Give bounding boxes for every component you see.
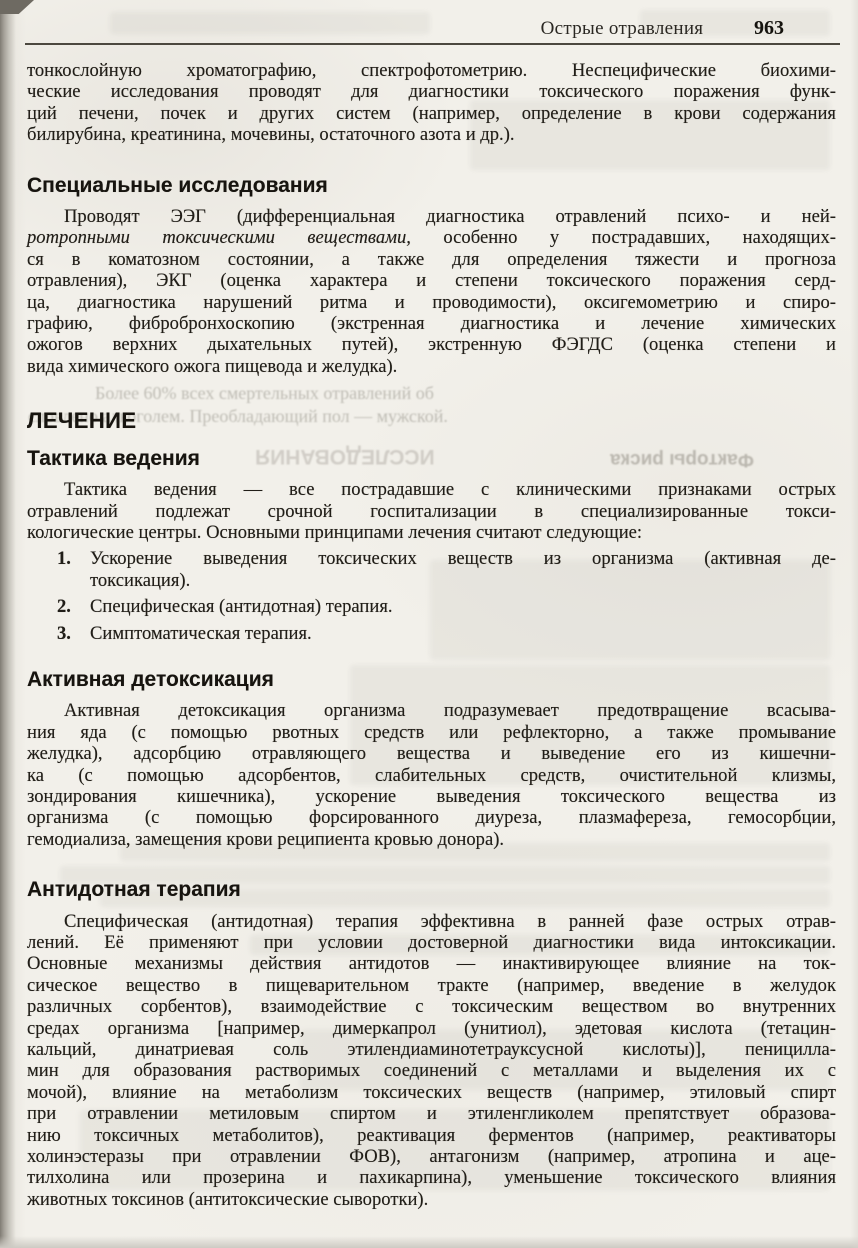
paragraph: Тактика ведения — все пострадавшие с кли… bbox=[27, 479, 836, 543]
scan-left-edge-shadow bbox=[0, 0, 26, 1248]
text-line: организма (с помощью форсированного диур… bbox=[27, 807, 836, 828]
paragraph: Специфическая (антидотная) терапия эффек… bbox=[27, 911, 836, 1211]
text-line: Специфическая (антидотная) терапия эффек… bbox=[27, 911, 836, 932]
italic-text: ротропными токсическими веществами, bbox=[27, 227, 411, 248]
list-item-number: 2. bbox=[57, 596, 71, 617]
text-line: тилхолина или прозерина и пахикарпина), … bbox=[27, 1167, 836, 1188]
paragraph: Активная детоксикация организма подразум… bbox=[27, 700, 836, 850]
scanned-book-page: Более 60% всех смертельных отравлений об… bbox=[0, 0, 858, 1248]
text-line: ния яда (с помощью рвотных средств или р… bbox=[27, 722, 836, 743]
text-line: при отравлении метиловым спиртом и этиле… bbox=[27, 1103, 836, 1124]
text-line: отравлений подлежат срочной госпитализац… bbox=[27, 501, 836, 522]
running-head: Острые отравления 963 bbox=[27, 18, 836, 44]
text-line: отравления), ЭКГ (оценка характера и сте… bbox=[27, 270, 836, 291]
text-line: билирубина, креатинина, мочевины, остато… bbox=[27, 124, 836, 145]
page-number: 963 bbox=[754, 17, 784, 40]
scan-bottom-edge-shadow bbox=[0, 1236, 858, 1248]
text-line: ца, диагностика нарушений ритма и провод… bbox=[27, 292, 836, 313]
text-line: ка (с помощью адсорбентов, слабительных … bbox=[27, 765, 836, 786]
text-line: ротропными токсическими веществами, особ… bbox=[27, 227, 836, 248]
scan-corner-shadow bbox=[0, 0, 34, 14]
page-content: тонкослойную хроматографию, спектрофотом… bbox=[27, 60, 836, 1210]
text-line: животных токсинов (антитоксические сывор… bbox=[27, 1189, 836, 1210]
numbered-list: 1.Ускорение выведения токсических вещест… bbox=[27, 548, 836, 644]
text-line: ций печени, почек и других систем (напри… bbox=[27, 103, 836, 124]
text-line: Симптоматическая терапия. bbox=[90, 623, 836, 644]
text-line: Ускорение выведения токсических веществ … bbox=[90, 548, 836, 569]
subsection-heading: Специальные исследования bbox=[27, 175, 836, 196]
text-line: средах организма [например, димеркапрол … bbox=[27, 1018, 836, 1039]
text-line: различных сорбентов), взаимодействие с т… bbox=[27, 996, 836, 1017]
text-line: гемодиализа, замещения крови реципиента … bbox=[27, 829, 836, 850]
list-item: 3.Симптоматическая терапия. bbox=[27, 623, 836, 644]
text-line: мин для образования растворимых соединен… bbox=[27, 1060, 836, 1081]
text-line: холинэстеразы при отравлении ФОВ), антаг… bbox=[27, 1146, 836, 1167]
text-line: графию, фибробронхоскопию (экстренная ди… bbox=[27, 313, 836, 334]
list-item: 1.Ускорение выведения токсических вещест… bbox=[27, 548, 836, 591]
paragraph: Проводят ЭЭГ (дифференциальная диагности… bbox=[27, 206, 836, 377]
text-line: ожогов верхних дыхательных путей), экстр… bbox=[27, 334, 836, 355]
scan-right-edge-shadow bbox=[850, 0, 858, 1248]
text-line: токсикация). bbox=[90, 570, 836, 591]
header-rule bbox=[25, 43, 840, 45]
list-item-number: 3. bbox=[57, 623, 71, 644]
text-line: ся в коматозном состоянии, а также для о… bbox=[27, 249, 836, 270]
section-heading: ЛЕЧЕНИЕ bbox=[27, 410, 836, 431]
text-line: ческие исследования проводят для диагнос… bbox=[27, 81, 836, 102]
text-line: Основные механизмы действия антидотов — … bbox=[27, 953, 836, 974]
text-line: вида химического ожога пищевода и желудк… bbox=[27, 356, 836, 377]
text-segment: особенно у пострадавших, находящих- bbox=[411, 227, 836, 248]
text-line: мочой), влияние на метаболизм токсически… bbox=[27, 1082, 836, 1103]
text-line: Специфическая (антидотная) терапия. bbox=[90, 596, 836, 617]
text-line: кологические центры. Основными принципам… bbox=[27, 522, 836, 543]
text-line: Проводят ЭЭГ (дифференциальная диагности… bbox=[27, 206, 836, 227]
subsection-heading: Активная детоксикация bbox=[27, 669, 836, 690]
text-line: тонкослойную хроматографию, спектрофотом… bbox=[27, 60, 836, 81]
text-line: нию токсичных метаболитов), реактивация … bbox=[27, 1125, 836, 1146]
text-line: лений. Её применяют при условии достовер… bbox=[27, 932, 836, 953]
running-title: Острые отравления bbox=[497, 18, 747, 40]
text-line: желудка), адсорбцию отравляющего веществ… bbox=[27, 743, 836, 764]
subsection-heading: Антидотная терапия bbox=[27, 879, 836, 900]
paragraph: тонкослойную хроматографию, спектрофотом… bbox=[27, 60, 836, 146]
list-item-number: 1. bbox=[57, 548, 71, 569]
list-item: 2.Специфическая (антидотная) терапия. bbox=[27, 596, 836, 617]
text-line: Активная детоксикация организма подразум… bbox=[27, 700, 836, 721]
text-line: Тактика ведения — все пострадавшие с кли… bbox=[27, 479, 836, 500]
subsection-heading: Тактика ведения bbox=[27, 448, 836, 469]
text-line: кальций, динатриевая соль этилендиаминот… bbox=[27, 1039, 836, 1060]
text-line: сическое вещество в пищеварительном трак… bbox=[27, 975, 836, 996]
text-line: зондирования кишечника), ускорение вывед… bbox=[27, 786, 836, 807]
